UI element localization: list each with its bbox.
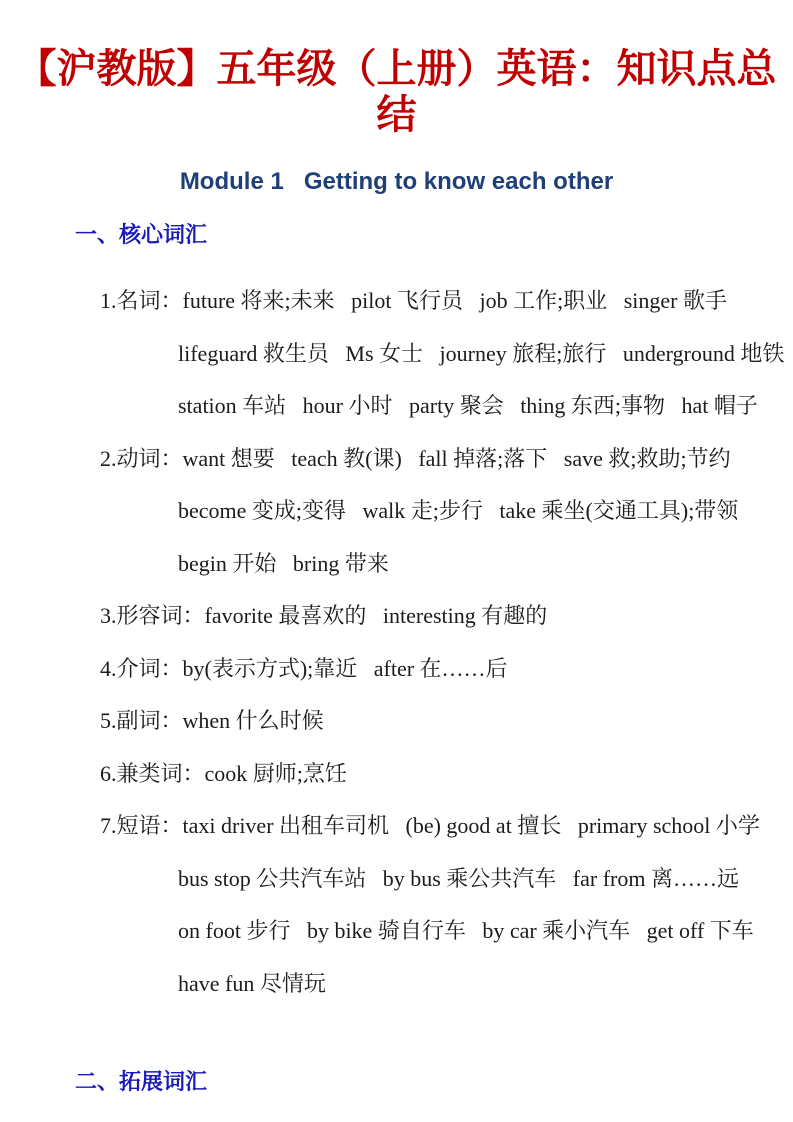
module-title: Module 1 Getting to know each other (0, 168, 793, 196)
vocab-line-phrases-cont3: have fun 尽情玩 (0, 958, 793, 1011)
vocab-line-verbs-cont2: begin 开始 bring 带来 (0, 538, 793, 591)
vocab-line-nouns-cont1: lifeguard 救生员 Ms 女士 journey 旅程;旅行 underg… (0, 328, 793, 381)
vocab-line-phrases-cont1: bus stop 公共汽车站 by bus 乘公共汽车 far from 离……… (0, 853, 793, 906)
document-page: 【沪教版】五年级（上册）英语：知识点总结 Module 1 Getting to… (0, 0, 793, 1122)
vocab-line-phrases-cont2: on foot 步行 by bike 骑自行车 by car 乘小汽车 get … (0, 905, 793, 958)
vocab-line-nouns-cont2: station 车站 hour 小时 party 聚会 thing 东西;事物 … (0, 380, 793, 433)
section-heading-extended-vocab: 二、拓展词汇 (0, 1070, 793, 1094)
vocab-line-adjectives: 3.形容词：favorite 最喜欢的 interesting 有趣的 (0, 590, 793, 643)
vocab-line-verbs-cont1: become 变成;变得 walk 走;步行 take 乘坐(交通工具);带领 (0, 485, 793, 538)
vocab-line-prepositions: 4.介词：by(表示方式);靠近 after 在……后 (0, 643, 793, 696)
vocab-line-nouns: 1.名词：future 将来;未来 pilot 飞行员 job 工作;职业 si… (0, 275, 793, 328)
vocab-line-multiclass: 6.兼类词：cook 厨师;烹饪 (0, 748, 793, 801)
vocab-line-phrases: 7.短语：taxi driver 出租车司机 (be) good at 擅长 p… (0, 800, 793, 853)
vocab-line-adverbs: 5.副词：when 什么时候 (0, 695, 793, 748)
core-vocab-list: 1.名词：future 将来;未来 pilot 飞行员 job 工作;职业 si… (0, 275, 793, 1010)
vocab-line-verbs: 2.动词：want 想要 teach 教(课) fall 掉落;落下 save … (0, 433, 793, 486)
section-heading-core-vocab: 一、核心词汇 (0, 223, 793, 247)
page-title: 【沪教版】五年级（上册）英语：知识点总结 (0, 0, 793, 138)
